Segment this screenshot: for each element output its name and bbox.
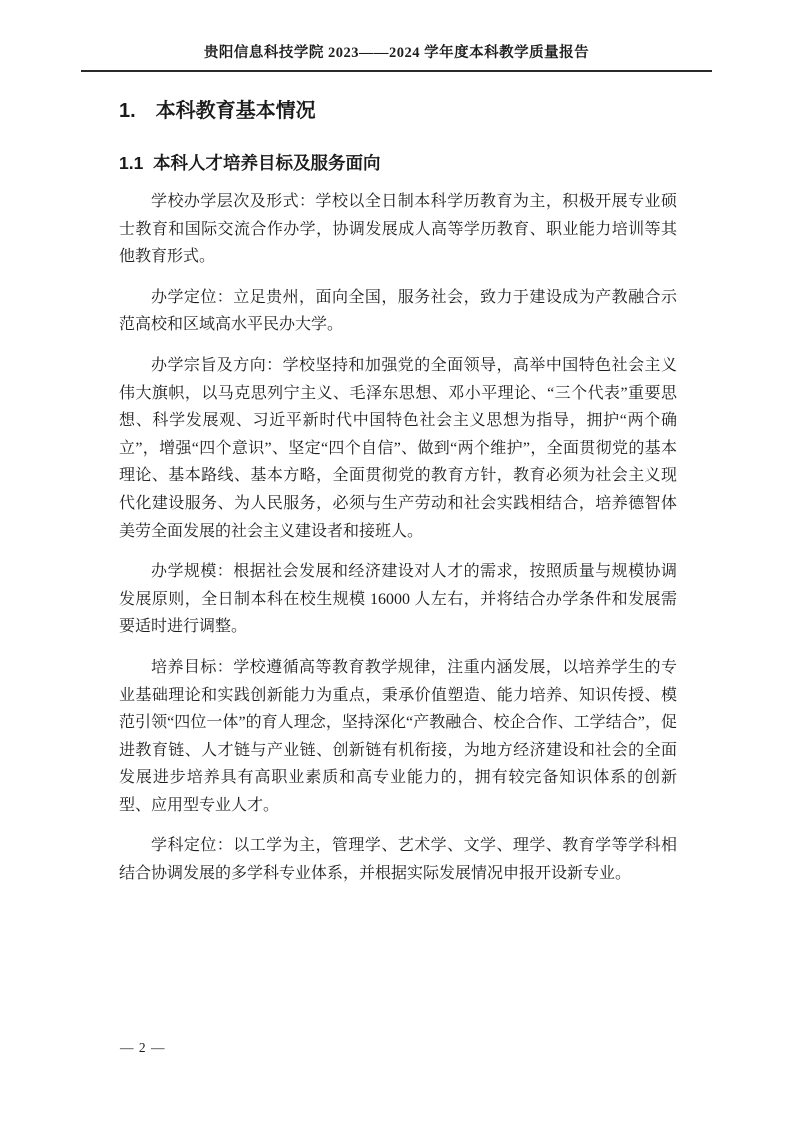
body-paragraph: 办学宗旨及方向：学校坚持和加强党的全面领导，高举中国特色社会主义伟大旗帜，以马克…: [119, 352, 677, 545]
body-paragraph: 培养目标：学校遵循高等教育教学规律，注重内涵发展，以培养学生的专业基础理论和实践…: [119, 654, 677, 820]
section-heading: 1. 本科教育基本情况: [119, 98, 677, 124]
header-rule: [81, 70, 712, 72]
body-paragraph: 办学规模：根据社会发展和经济建设对人才的需求，按照质量与规模协调发展原则，全日制…: [119, 558, 677, 641]
document-page: 贵阳信息科技学院 2023——2024 学年度本科教学质量报告 1. 本科教育基…: [0, 0, 793, 1122]
body-paragraph: 办学定位：立足贵州，面向全国，服务社会，致力于建设成为产教融合示范高校和区域高水…: [119, 284, 677, 339]
body-paragraph: 学校办学层次及形式：学校以全日制本科学历教育为主，积极开展专业硕士教育和国际交流…: [119, 188, 677, 271]
running-header-title: 贵阳信息科技学院 2023——2024 学年度本科教学质量报告: [0, 44, 793, 63]
page-number: — 2 —: [120, 1040, 166, 1056]
paragraph-container: 学校办学层次及形式：学校以全日制本科学历教育为主，积极开展专业硕士教育和国际交流…: [119, 188, 677, 888]
body-paragraph: 学科定位：以工学为主，管理学、艺术学、文学、理学、教育学等学科相结合协调发展的多…: [119, 832, 677, 887]
subsection-heading: 1.1 本科人才培养目标及服务面向: [119, 152, 677, 175]
